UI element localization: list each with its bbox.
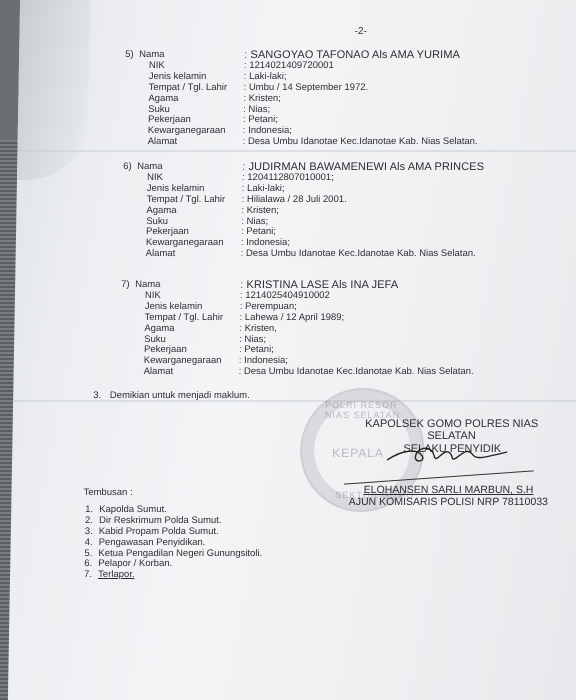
handwritten-signature-icon (382, 440, 513, 470)
field-label-text: Nama (139, 49, 165, 60)
list-item: 3.Kabid Propam Polda Sumut. (83, 527, 263, 538)
field-label-text: Alamat (148, 136, 178, 147)
field-label-text: NIK (145, 290, 161, 301)
signatory-name: ELOHANSEN SARLI MARBUN, S.H (335, 484, 561, 496)
list-item-text: Kabid Propam Polda Sumut. (99, 527, 219, 538)
person-7: 7)NamaKRISTINA LASE Als INA JEFANIK12140… (134, 280, 476, 378)
field-value: Kristen; (241, 206, 279, 217)
field-label-text: Agama (144, 323, 174, 334)
field-label-text: Pekerjaan (148, 114, 191, 125)
field-value: Kristen; (243, 94, 281, 105)
field-value: Umbu / 14 September 1972. (243, 83, 368, 94)
list-item-number: 3. (83, 527, 99, 538)
person-index: 6) (123, 162, 137, 173)
person-6: 6)NamaJUDIRMAN BAWAMENEWI Als AMA PRINCE… (136, 162, 485, 260)
field-row: AlamatDesa Umbu Idanotae Kec.Idanotae Ka… (136, 249, 483, 260)
field-label-text: Alamat (144, 366, 174, 377)
field-label-text: Jenis kelamin (147, 183, 205, 194)
field-label-text: Tempat / Tgl. Lahir (144, 312, 223, 323)
field-label: Alamat (138, 137, 243, 148)
field-label-text: Suku (148, 104, 170, 115)
paper-fold (17, 0, 90, 180)
person-index: 5) (125, 50, 139, 61)
document-page: -2- 5)NamaSANGOYAO TAFONAO Als AMA YURIM… (8, 0, 576, 700)
field-label-text: NIK (149, 60, 165, 71)
field-value: Desa Umbu Idanotae Kec.Idanotae Kab. Nia… (239, 367, 474, 378)
field-label-text: Jenis kelamin (149, 71, 207, 82)
field-row: AlamatDesa Umbu Idanotae Kec.Idanotae Ka… (134, 367, 474, 378)
field-label-text: Agama (146, 205, 176, 216)
signatory-office: KAPOLSEK GOMO POLRES NIAS SELATAN (340, 418, 562, 442)
person-index: 7) (121, 280, 135, 291)
field-label-text: Suku (144, 334, 166, 345)
field-row: AgamaKristen; (138, 94, 478, 105)
field-label-text: Kewarganegaraan (144, 355, 222, 366)
field-label-text: Kewarganegaraan (148, 125, 226, 136)
signatory-rank: AJUN KOMISARIS POLISI NRP 78110033 (335, 496, 561, 508)
tembusan-list: 1.Kapolda Sumut.2.Dir Reskrimum Polda Su… (82, 505, 263, 581)
list-item-text: Pengawasan Penyidikan. (99, 538, 206, 549)
field-row: AlamatDesa Umbu Idanotae Kec.Idanotae Ka… (138, 137, 478, 148)
tembusan-section: Tembusan : 1.Kapolda Sumut.2.Dir Reskrim… (82, 488, 263, 581)
closing-text: Demikian untuk menjadi maklum. (110, 390, 250, 401)
field-row: AgamaKristen; (136, 206, 483, 217)
field-value: Kristen, (239, 324, 277, 335)
field-label-text: Agama (148, 93, 178, 104)
field-value: Desa Umbu Idanotae Kec.Idanotae Kab. Nia… (243, 137, 478, 148)
field-row: Tempat / Tgl. LahirHilialawa / 28 Juli 2… (137, 195, 484, 206)
field-label-text: Nama (135, 279, 161, 290)
field-label-text: Nama (137, 161, 163, 172)
field-value: Lahewa / 12 April 1989; (239, 313, 344, 324)
list-item: 7.Terlapor. (82, 570, 262, 581)
field-label-text: Alamat (146, 248, 176, 259)
field-row: Tempat / Tgl. LahirLahewa / 12 April 198… (134, 313, 474, 324)
list-item: 4.Pengawasan Penyidikan. (83, 538, 263, 549)
field-label: Alamat (134, 367, 239, 378)
field-label-text: Pekerjaan (146, 226, 189, 237)
field-value: Hilialawa / 28 Juli 2001. (242, 195, 347, 206)
field-label-text: Suku (146, 216, 168, 227)
field-label-text: Pekerjaan (144, 344, 187, 355)
list-item-number: 4. (83, 538, 99, 549)
field-row: Tempat / Tgl. LahirUmbu / 14 September 1… (138, 83, 478, 94)
field-label-text: Tempat / Tgl. Lahir (148, 82, 227, 93)
field-label-text: Jenis kelamin (145, 301, 203, 312)
closing-number: 3. (93, 390, 107, 401)
field-label-text: Kewarganegaraan (146, 237, 224, 248)
closing-statement: 3. Demikian untuk menjadi maklum. (93, 390, 250, 401)
field-row: AgamaKristen, (134, 324, 474, 335)
field-label: Alamat (136, 249, 241, 260)
person-5: 5)NamaSANGOYAO TAFONAO Als AMA YURIMANIK… (138, 50, 480, 148)
stamp-top-text: POLRI RESOR NIAS SELATAN (325, 400, 423, 420)
list-item-number: 7. (82, 570, 98, 581)
field-label-text: NIK (147, 172, 163, 183)
field-value: Desa Umbu Idanotae Kec.Idanotae Kab. Nia… (241, 249, 476, 260)
list-item-text: Terlapor. (98, 570, 135, 581)
page-number: -2- (354, 26, 366, 37)
signature-line (344, 470, 534, 484)
tembusan-title: Tembusan : (83, 488, 263, 499)
field-label-text: Tempat / Tgl. Lahir (147, 194, 226, 205)
paper-crease (17, 150, 576, 152)
